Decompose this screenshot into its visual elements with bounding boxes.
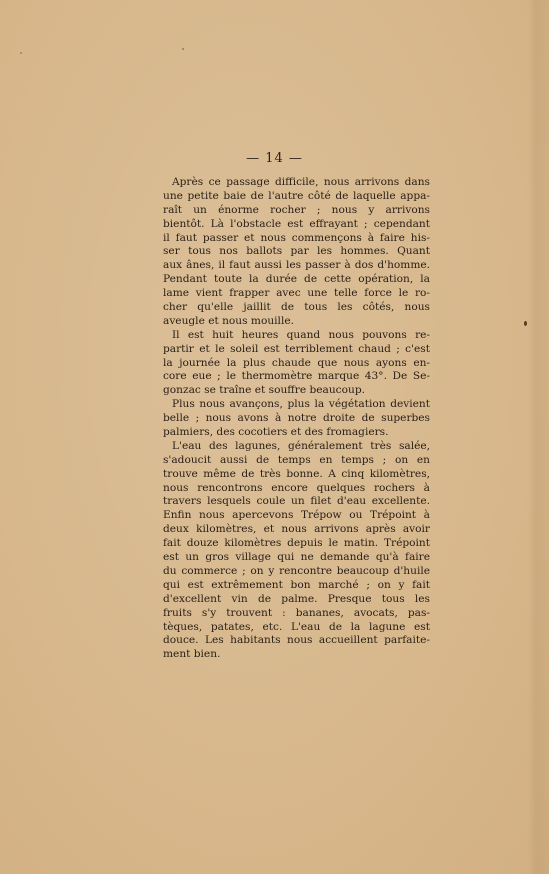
paper-speck: [524, 321, 527, 326]
text-line: Plus nous avançons, plus la végétation d…: [163, 398, 430, 412]
text-line: d'excellent vin de palme. Presque tous l…: [163, 593, 430, 607]
text-line: bientôt. Là l'obstacle est effrayant ; c…: [163, 218, 430, 232]
text-line: aux ânes, il faut aussi les passer à dos…: [163, 259, 430, 273]
text-line: ment bien.: [163, 648, 430, 662]
text-line: Pendant toute la durée de cette opératio…: [163, 273, 430, 287]
text-line: palmiers, des cocotiers et des fromagier…: [163, 426, 430, 440]
text-line: fruits s'y trouvent : bananes, avocats, …: [163, 607, 430, 621]
page-number: — 14 —: [0, 151, 549, 166]
text-line: il faut passer et nous commençons à fair…: [163, 232, 430, 246]
text-line: Après ce passage difficile, nous arrivon…: [163, 176, 430, 190]
text-line: Enfin nous apercevons Trépow ou Trépoint…: [163, 509, 430, 523]
text-line: s'adoucit aussi de temps en temps ; on e…: [163, 454, 430, 468]
text-line: trouve même de très bonne. A cinq kilomè…: [163, 468, 430, 482]
paragraph: Plus nous avançons, plus la végétation d…: [163, 398, 430, 440]
text-line: douce. Les habitants nous accueillent pa…: [163, 634, 430, 648]
text-line: core eue ; le thermomètre marque 43°. De…: [163, 370, 430, 384]
text-line: travers lesquels coule un filet d'eau ex…: [163, 495, 430, 509]
text-line: fait douze kilomètres depuis le matin. T…: [163, 537, 430, 551]
text-line: ser tous nos ballots par les hommes. Qua…: [163, 245, 430, 259]
paper-speck: [20, 52, 22, 54]
text-line: Il est huit heures quand nous pouvons re…: [163, 329, 430, 343]
paragraph: Après ce passage difficile, nous arrivon…: [163, 176, 430, 329]
text-line: du commerce ; on y rencontre beaucoup d'…: [163, 565, 430, 579]
text-line: tèques, patates, etc. L'eau de la lagune…: [163, 621, 430, 635]
scanned-book-page: — 14 — Après ce passage difficile, nous …: [0, 0, 549, 874]
text-line: une petite baie de l'autre côté de laque…: [163, 190, 430, 204]
text-line: nous rencontrons encore quelques rochers…: [163, 482, 430, 496]
text-line: deux kilomètres, et nous arrivons après …: [163, 523, 430, 537]
text-line: gonzac se traîne et souffre beaucoup.: [163, 384, 430, 398]
text-line: belle ; nous avons à notre droite de sup…: [163, 412, 430, 426]
text-line: cher qu'elle jaillit de tous les côtés, …: [163, 301, 430, 315]
paragraph: Il est huit heures quand nous pouvons re…: [163, 329, 430, 398]
text-line: L'eau des lagunes, généralement très sal…: [163, 440, 430, 454]
paper-speck: [182, 48, 184, 50]
text-line: qui est extrêmement bon marché ; on y fa…: [163, 579, 430, 593]
text-line: lame vient frapper avec une telle force …: [163, 287, 430, 301]
text-line: partir et le soleil est terriblement cha…: [163, 343, 430, 357]
text-line: aveugle et nous mouille.: [163, 315, 430, 329]
text-line: raît un énorme rocher ; nous y arrivons: [163, 204, 430, 218]
body-text: Après ce passage difficile, nous arrivon…: [163, 176, 430, 662]
text-line: la journée la plus chaude que nous ayons…: [163, 357, 430, 371]
text-line: est un gros village qui ne demande qu'à …: [163, 551, 430, 565]
paragraph: L'eau des lagunes, généralement très sal…: [163, 440, 430, 662]
